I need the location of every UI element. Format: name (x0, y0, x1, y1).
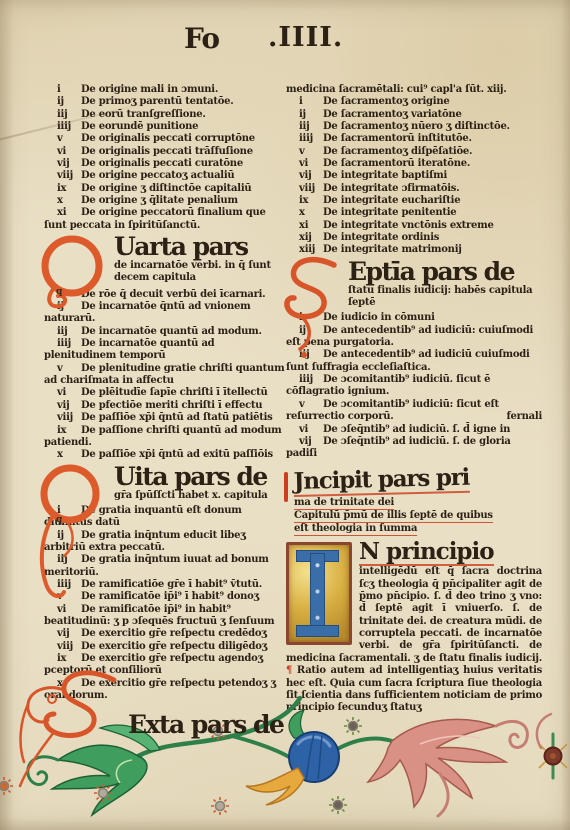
item-numeral: ij (57, 530, 81, 542)
item-text: De iudicio in cōmuni (323, 312, 435, 323)
list-item: iijDe ſacramentoʒ nūero ʒ diſtinctōe. (286, 121, 542, 133)
item-numeral: xi (57, 207, 81, 219)
sexta-heading: Exta pars de (44, 712, 289, 738)
item-numeral: x (57, 678, 81, 690)
incipit-heading: Jncipit pars pri (293, 464, 469, 496)
item-text: De integritate vnctōnis extreme (323, 220, 494, 231)
item-text: De primoʒ parentū tentatōe. (81, 96, 233, 107)
list-item: xiDe origine peccatorū finalium que ſunt… (44, 207, 289, 232)
quinta-heading: Uita pars de (114, 464, 289, 490)
item-numeral: iiij (57, 121, 81, 133)
quarta-chapter-list: iDe rōe q̄ decuit verbū dei īcarnari. ij… (44, 289, 289, 462)
list-item: viDe ſacramentorū iteratōne. (286, 158, 542, 170)
item-text: De exercitio gr̄e reſpectu diligēdoʒ (81, 641, 267, 652)
septima-heading: Eptīa pars de (348, 259, 542, 285)
item-numeral: vi (299, 158, 323, 170)
item-text: De ſacramentoʒ variatōne (323, 109, 462, 120)
list-item: iDe ſacramentoʒ origine (286, 96, 542, 108)
list-item: xDe integritate penitentie (286, 207, 542, 219)
list-item: xDe exercitio gr̄e reſpectu petendoʒ ʒ o… (44, 678, 289, 703)
item-numeral: iij (57, 109, 81, 121)
principio-section: N principio intelligēdū eſt q̄ ſacra doc… (286, 539, 542, 714)
item-text: De paſſiōe xp̄i q̄ntū ad ſtatū patiētis (81, 412, 273, 423)
item-numeral: vij (57, 628, 81, 640)
list-item: xijDe integritate ordinis (286, 232, 542, 244)
list-item: iiijDe eorundē punitione (44, 121, 289, 133)
item-text: De integritate baptiſmi (323, 170, 447, 181)
list-item: ijDe primoʒ parentū tentatōe. (44, 96, 289, 108)
paragraph-mark: ¶ (286, 665, 297, 676)
item-text: De integritate ordinis (323, 232, 439, 243)
principio-body-part-2: Ratio autem ad intelligentiaʒ huius veri… (286, 665, 542, 713)
item-numeral: ix (57, 183, 81, 195)
list-item: vijDe exercitio gr̄e reſpectu credēdoʒ (44, 628, 289, 640)
item-text: De rōe q̄ decuit verbū dei īcarnari. (81, 289, 265, 300)
list-item: vijDe ɔſeq̄ntib⁹ ad iudiciū. ſ. de glori… (286, 436, 542, 461)
item-text: De paſſiōe xp̄i q̄ntū ad exitū paſſiōis (81, 449, 273, 460)
list-item: iijDe antecedentib⁹ ad iudiciū cuiuſmodi… (286, 349, 542, 374)
item-text: De ɔſeq̄ntib⁹ ad iudiciū. ſ. d̄ igne in (323, 424, 510, 435)
item-text: De eorundē punitione (81, 121, 198, 132)
item-numeral: x (57, 195, 81, 207)
list-item: vDe plenitudine gratie chriſti quantum a… (44, 363, 289, 388)
item-text: De origine mali in ɔmuni. (81, 84, 218, 95)
margin-ornament (537, 714, 567, 778)
item-numeral: iiij (57, 338, 81, 350)
item-text: De integritate euchariſtie (323, 195, 460, 206)
item-numeral: vi (57, 387, 81, 399)
left-column: iDe origine mali in ɔmuni. ijDe primoʒ p… (44, 84, 289, 738)
list-item: viijDe origine peccatoʒ actualiū (44, 170, 289, 182)
quarta-heading: Uarta pars (114, 234, 289, 260)
item-text: De antecedentib⁹ ad iudiciū: cuiuſmodi e… (286, 325, 533, 348)
list-item: iijDe incarnatōe quantū ad modum. (44, 326, 289, 338)
list-item: xDe paſſiōe xp̄i q̄ntū ad exitū paſſiōis (44, 449, 289, 461)
list-item: iDe gratia inquantū eſt donum diuinitus … (44, 505, 289, 530)
principio-heading: N principio (359, 539, 494, 566)
list-item: iijDe gratia inq̄ntum iuuat ad bonum mer… (44, 554, 289, 579)
list-item: xiijDe integritate matrimonij (286, 244, 542, 256)
list-item: ixDe origine ʒ diſtinctōe capitaliū (44, 183, 289, 195)
item-text-right: fernali (493, 411, 542, 423)
quarta-subtitle: de incarnatōe verbi. in q̄ ſunt decem ca… (114, 260, 289, 285)
item-text: De origine peccatoʒ actualiū (81, 170, 234, 181)
item-text: De pfectiōe meriti chriſti ī effectu (81, 400, 262, 411)
item-numeral: iij (57, 326, 81, 338)
initial-i-stem (310, 553, 325, 630)
manuscript-page: Fo .IIII. iDe origine mali in ɔmuni. ijD… (0, 0, 570, 830)
item-numeral: iij (299, 349, 323, 361)
list-item: viDe plēitudīe ſapīe chriſti ī ītellectū (44, 387, 289, 399)
illuminated-initial-i (286, 542, 352, 645)
list-item: ijDe ſacramentoʒ variatōne (286, 109, 542, 121)
item-text: De integritate matrimonij (323, 244, 462, 255)
quarta-pars-section: q Uarta pars de incarnatōe verbi. in q̄ … (44, 234, 289, 461)
list-item: viDe ɔſeq̄ntib⁹ ad iudiciū. ſ. d̄ igne i… (286, 424, 542, 436)
item-numeral: xiij (299, 244, 323, 256)
item-text: De plēitudīe ſapīe chriſti ī ītellectū (81, 387, 268, 398)
item-text: De originalis peccati curatōne (81, 158, 243, 169)
item-text: De antecedentib⁹ ad iudiciū cuiuſmodi ſu… (286, 349, 530, 372)
folio-label: Fo (184, 22, 219, 55)
item-text: De ſacramentoʒ diſpēſatiōe. (323, 146, 472, 157)
item-numeral: x (299, 207, 323, 219)
sexta-chapter-list: iDe ſacramentoʒ origine ijDe ſacramentoʒ… (286, 96, 542, 256)
septima-subtitle: ſtatu finalis iudicij: habēs capitula ſe… (348, 285, 542, 310)
item-text: De originalis peccati corruptōne (81, 133, 255, 144)
item-numeral: iij (299, 121, 323, 133)
quinta-chapter-list: iDe gratia inquantū eſt donum diuinitus … (44, 505, 289, 703)
item-numeral: ij (57, 301, 81, 313)
initial-i-bottom-bar (296, 625, 339, 637)
item-text: De originalis peccati trāſfuſione (81, 146, 253, 157)
list-item: viijDe paſſiōe xp̄i q̄ntū ad ſtatū patiē… (44, 412, 289, 424)
list-item: ixDe exercitio gr̄e reſpectu agendoʒ pce… (44, 653, 289, 678)
list-item: viDe ramificatōe ip̄i⁹ in habit⁹ beatitu… (44, 604, 289, 629)
item-numeral: iiij (299, 133, 323, 145)
list-item: xiDe integritate vnctōnis extreme (286, 220, 542, 232)
list-item: vijDe pfectiōe meriti chriſti ī effectu (44, 400, 289, 412)
incipit-rubric-bar (284, 472, 288, 502)
list-item: iDe rōe q̄ decuit verbū dei īcarnari. (44, 289, 289, 301)
list-item: viijDe integritate ɔfirmatōis. (286, 183, 542, 195)
item-numeral: i (299, 312, 323, 324)
item-numeral: i (299, 96, 323, 108)
item-numeral: i (57, 84, 81, 96)
list-item: iiijDe incarnatōe quantū ad plenitudinem… (44, 338, 289, 363)
item-numeral: vij (57, 158, 81, 170)
list-item: ijDe gratia inq̄ntum educit libeʒ arbitr… (44, 530, 289, 555)
list-item: ixDe integritate euchariſtie (286, 195, 542, 207)
item-text: De exercitio gr̄e reſpectu credēdoʒ (81, 628, 267, 639)
list-item: iiijDe ſacramentorū inſtitutōe. (286, 133, 542, 145)
list-item: vDe ſacramentoʒ diſpēſatiōe. (286, 146, 542, 158)
item-text: De integritate ɔfirmatōis. (323, 183, 459, 194)
item-text: De ſacramentorū iteratōne. (323, 158, 470, 169)
item-numeral: ij (57, 96, 81, 108)
folio-header: Fo .IIII. (0, 22, 570, 56)
item-numeral: vi (57, 146, 81, 158)
item-numeral: x (57, 449, 81, 461)
item-numeral: vi (57, 604, 81, 616)
list-item: viDe originalis peccati trāſfuſione (44, 146, 289, 158)
list-item: viijDe exercitio gr̄e reſpectu diligēdoʒ (44, 641, 289, 653)
item-numeral: iiij (57, 579, 81, 591)
list-item: vDe ɔcomitantib⁹ iudiciū: ſicut eſt reſu… (286, 399, 542, 424)
list-item: iijDe eorū tranſgreſſione. (44, 109, 289, 121)
sexta-pars-section: Exta pars de (44, 712, 289, 738)
item-numeral: viij (57, 641, 81, 653)
item-numeral: v (57, 133, 81, 145)
item-numeral: iij (57, 554, 81, 566)
tertia-chapter-list: iDe origine mali in ɔmuni. ijDe primoʒ p… (44, 84, 289, 232)
item-numeral: viij (57, 170, 81, 182)
guide-letter: q (56, 286, 62, 298)
item-text: De origine ʒ diſtinctōe capitaliū (81, 183, 251, 194)
item-text: De integritate penitentie (323, 207, 456, 218)
item-numeral: vij (299, 436, 323, 448)
list-item: iiijDe ramificatiōe gr̄e ī habit⁹ v̄tutū… (44, 579, 289, 591)
item-numeral: xi (299, 220, 323, 232)
item-text: De eorū tranſgreſſione. (81, 109, 206, 120)
item-numeral: xij (299, 232, 323, 244)
list-item: vijDe originalis peccati curatōne (44, 158, 289, 170)
list-item: iDe iudicio in cōmuni (286, 312, 542, 324)
list-item: ijDe incarnatōe q̄ntū ad vnionem naturar… (44, 301, 289, 326)
item-numeral: ix (57, 653, 81, 665)
item-text: De ſacramentoʒ nūero ʒ diſtinctōe. (323, 121, 510, 132)
list-item: iDe origine mali in ɔmuni. (44, 84, 289, 96)
item-text: De origine ʒ q̄litate penalium (81, 195, 238, 206)
list-item: vDe ramificatōe ip̄i⁹ ī habit⁹ donoʒ (44, 591, 289, 603)
septima-pars-section: Eptīa pars de ſtatu finalis iudicij: hab… (286, 259, 542, 461)
item-numeral: viij (299, 183, 323, 195)
item-numeral: vij (299, 170, 323, 182)
incipit-rubric-line-1: ma de trinitate dei (294, 497, 394, 510)
item-numeral: v (299, 399, 323, 411)
item-numeral: v (299, 146, 323, 158)
item-numeral: viij (57, 412, 81, 424)
item-text: De ramificatōe ip̄i⁹ ī habit⁹ donoʒ (81, 591, 259, 602)
guide-letter: q (56, 514, 62, 526)
item-numeral: iiij (299, 374, 323, 386)
item-text: De ſacramentoʒ origine (323, 96, 449, 107)
septima-chapter-list: iDe iudicio in cōmuni ijDe antecedentib⁹… (286, 312, 542, 460)
item-numeral: ij (299, 325, 323, 337)
sexta-continuation-line: medicina ſacramētali: cui⁹ capl'a ſūt. x… (286, 84, 542, 96)
item-text: De ramificatiōe gr̄e ī habit⁹ v̄tutū. (81, 579, 262, 590)
list-item: iiijDe ɔcomitantib⁹ iudiciū. ſicut ē cōf… (286, 374, 542, 399)
folio-number: .IIII. (268, 22, 343, 53)
item-numeral: ij (299, 109, 323, 121)
incipit-rubric-line-2: Capitulū p̄mū de illis ſeptē de quibus (294, 510, 493, 523)
right-column: medicina ſacramētali: cui⁹ capl'a ſūt. x… (286, 84, 542, 715)
item-text: De incarnatōe quantū ad modum. (81, 326, 262, 337)
list-item: vijDe integritate baptiſmi (286, 170, 542, 182)
item-text: De ſacramentorū inſtitutōe. (323, 133, 472, 144)
quinta-pars-section: q Uita pars de gr̄a ſpūſſcti habet x. ca… (44, 464, 289, 703)
item-numeral: vi (299, 424, 323, 436)
item-numeral: ix (57, 425, 81, 437)
list-item: xDe origine ʒ q̄litate penalium (44, 195, 289, 207)
incipit-rubric-line-3: eſt theologia in ſumma (294, 523, 417, 536)
item-numeral: ix (299, 195, 323, 207)
incipit-section: Jncipit pars pri ma de trinitate dei Cap… (286, 469, 542, 537)
item-numeral: v (57, 363, 81, 375)
list-item: ijDe antecedentib⁹ ad iudiciū: cuiuſmodi… (286, 325, 542, 350)
list-item: vDe originalis peccati corruptōne (44, 133, 289, 145)
item-text: De plenitudine gratie chriſti quantum ad… (44, 363, 284, 386)
list-item: ixDe paſſione chriſti quantū ad modum pa… (44, 425, 289, 450)
item-numeral: vij (57, 400, 81, 412)
item-numeral: v (57, 591, 81, 603)
quinta-subtitle: gr̄a ſpūſſcti habet x. capitula (114, 490, 289, 502)
